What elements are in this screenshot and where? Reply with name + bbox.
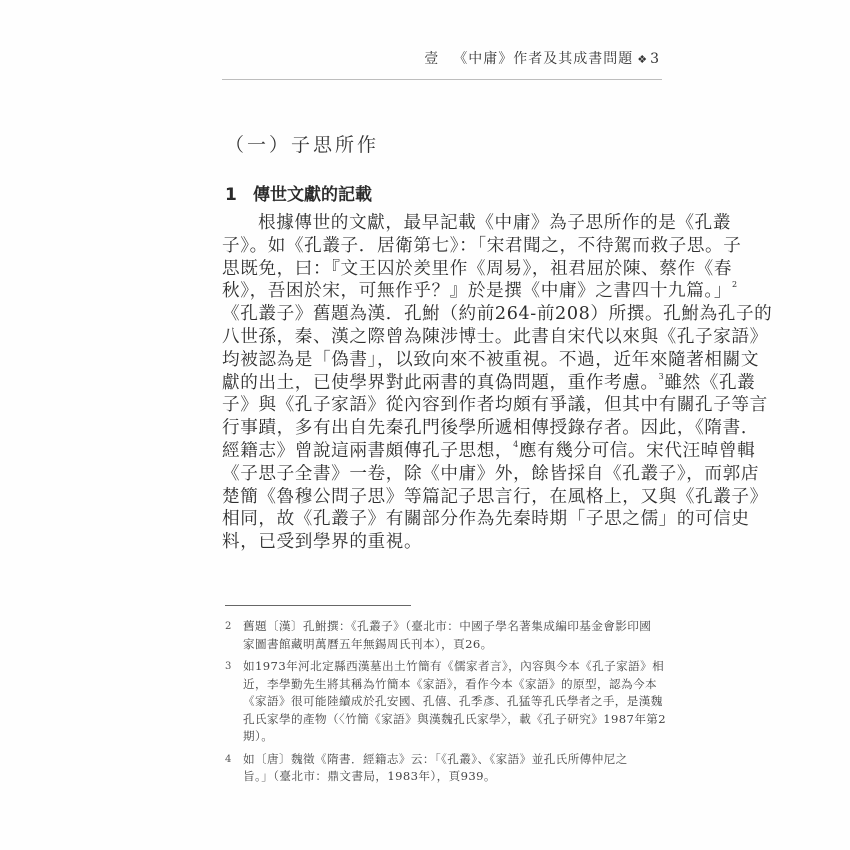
body-line: 八世孫，秦、漢之際曾為陳涉博士。此書自宋代以來與《孔子家語》	[222, 326, 664, 349]
footnote-separator	[225, 605, 411, 606]
body-line: 子》與《孔子家語》從內容到作者均頗有爭議，但其中有關孔子等言	[222, 394, 664, 417]
running-header: 壹《中庸》作者及其成書問題❖3	[222, 48, 660, 68]
body-line: 《孔叢子》舊題為漢．孔鮒（約前264-前208）所撰。孔鮒為孔子的	[222, 303, 664, 326]
body-line: 思既免，曰：『文王囚於羑里作《周易》，祖君屈於陳、蔡作《春	[222, 258, 664, 281]
body-line: 行事蹟，多有出自先秦孔門後學所遞相傳授錄存者。因此，《隋書．	[222, 417, 664, 440]
body-line: 根據傳世的文獻，最早記載《中庸》為子思所作的是《孔叢	[222, 212, 664, 235]
subsection-label: 傳世文獻的記載	[253, 185, 372, 205]
body-line: 獻的出土，已使學界對此兩書的真偽問題，重作考慮。3雖然《孔叢	[222, 372, 664, 395]
footnote-line: 《家語》很可能陸續成於孔安國、孔僖、孔季彥、孔猛等孔氏學者之手，是漢魏	[243, 693, 665, 711]
footnote-line: 孔氏家學的產物（〈竹簡《家語》與漢魏孔氏家學〉，載《孔子研究》1987年第2	[243, 711, 665, 729]
footnote-number: 2	[225, 618, 231, 636]
footnote-line: 如1973年河北定縣西漢墓出土竹簡有《儒家者言》，內容與今本《孔子家語》相	[243, 658, 665, 676]
footnote-line: 如〔唐〕魏徵《隋書．經籍志》云：「《孔叢》、《家語》並孔氏所傳仲尼之	[243, 751, 665, 769]
footnote-4: 4 如〔唐〕魏徵《隋書．經籍志》云：「《孔叢》、《家語》並孔氏所傳仲尼之 旨。」…	[225, 751, 665, 786]
body-line: 相同，故《孔叢子》有關部分作為先秦時期「子思之儒」的可信史	[222, 508, 664, 531]
footnote-line: 家圖書館藏明萬曆五年無錫周氏刊本），頁26。	[243, 636, 665, 654]
chapter-number: 壹	[424, 51, 439, 67]
page-number: 3	[650, 51, 660, 67]
footnote-3: 3 如1973年河北定縣西漢墓出土竹簡有《儒家者言》，內容與今本《孔子家語》相 …	[225, 658, 665, 746]
footnote-number: 3	[225, 658, 231, 676]
footnote-number: 4	[225, 751, 231, 769]
body-paragraph: 根據傳世的文獻，最早記載《中庸》為子思所作的是《孔叢 子》。如《孔叢子．居衛第七…	[222, 212, 664, 554]
body-line: 子》。如《孔叢子．居衛第七》：「宋君聞之，不待駕而救子思。子	[222, 235, 664, 258]
footnote-ref[interactable]: 2	[732, 280, 738, 289]
body-line: 均被認為是「偽書」，以致向來不被重視。不過，近年來隨著相關文	[222, 349, 664, 372]
subsection-title: 1傳世文獻的記載	[225, 180, 372, 205]
footnotes: 2 舊題〔漢〕孔鮒撰：《孔叢子》（臺北市：中國子學名著集成編印基金會影印國 家圖…	[225, 618, 665, 791]
body-line: 楚簡《魯穆公問子思》等篇記子思言行，在風格上，又與《孔叢子》	[222, 486, 664, 509]
footnote-line: 期）。	[243, 728, 665, 746]
header-rule	[222, 79, 662, 80]
subsection-number: 1	[225, 185, 253, 205]
footnote-line: 近，李學勤先生將其稱為竹簡本《家語》，看作今本《家語》的原型，認為今本	[243, 676, 665, 694]
body-line: 經籍志》曾說這兩書頗傳孔子思想，4應有幾分可信。宋代汪晫曾輯	[222, 440, 664, 463]
section-title: （一）子思所作	[225, 130, 379, 157]
chapter-title: 《中庸》作者及其成書問題	[453, 51, 633, 67]
body-line: 秋》，吾困於宋，可無作乎？』於是撰《中庸》之書四十九篇。」2	[222, 280, 664, 303]
body-line: 料，已受到學界的重視。	[222, 531, 664, 554]
body-line: 《子思子全書》一卷，除《中庸》外，餘皆採自《孔叢子》，而郭店	[222, 463, 664, 486]
footnote-line: 旨。」（臺北市：鼎文書局，1983年），頁939。	[243, 768, 665, 786]
book-page: 壹《中庸》作者及其成書問題❖3 （一）子思所作 1傳世文獻的記載 根據傳世的文獻…	[0, 0, 850, 850]
diamond-ornament-icon: ❖	[637, 53, 648, 66]
footnote-line: 舊題〔漢〕孔鮒撰：《孔叢子》（臺北市：中國子學名著集成編印基金會影印國	[243, 618, 665, 636]
footnote-2: 2 舊題〔漢〕孔鮒撰：《孔叢子》（臺北市：中國子學名著集成編印基金會影印國 家圖…	[225, 618, 665, 653]
